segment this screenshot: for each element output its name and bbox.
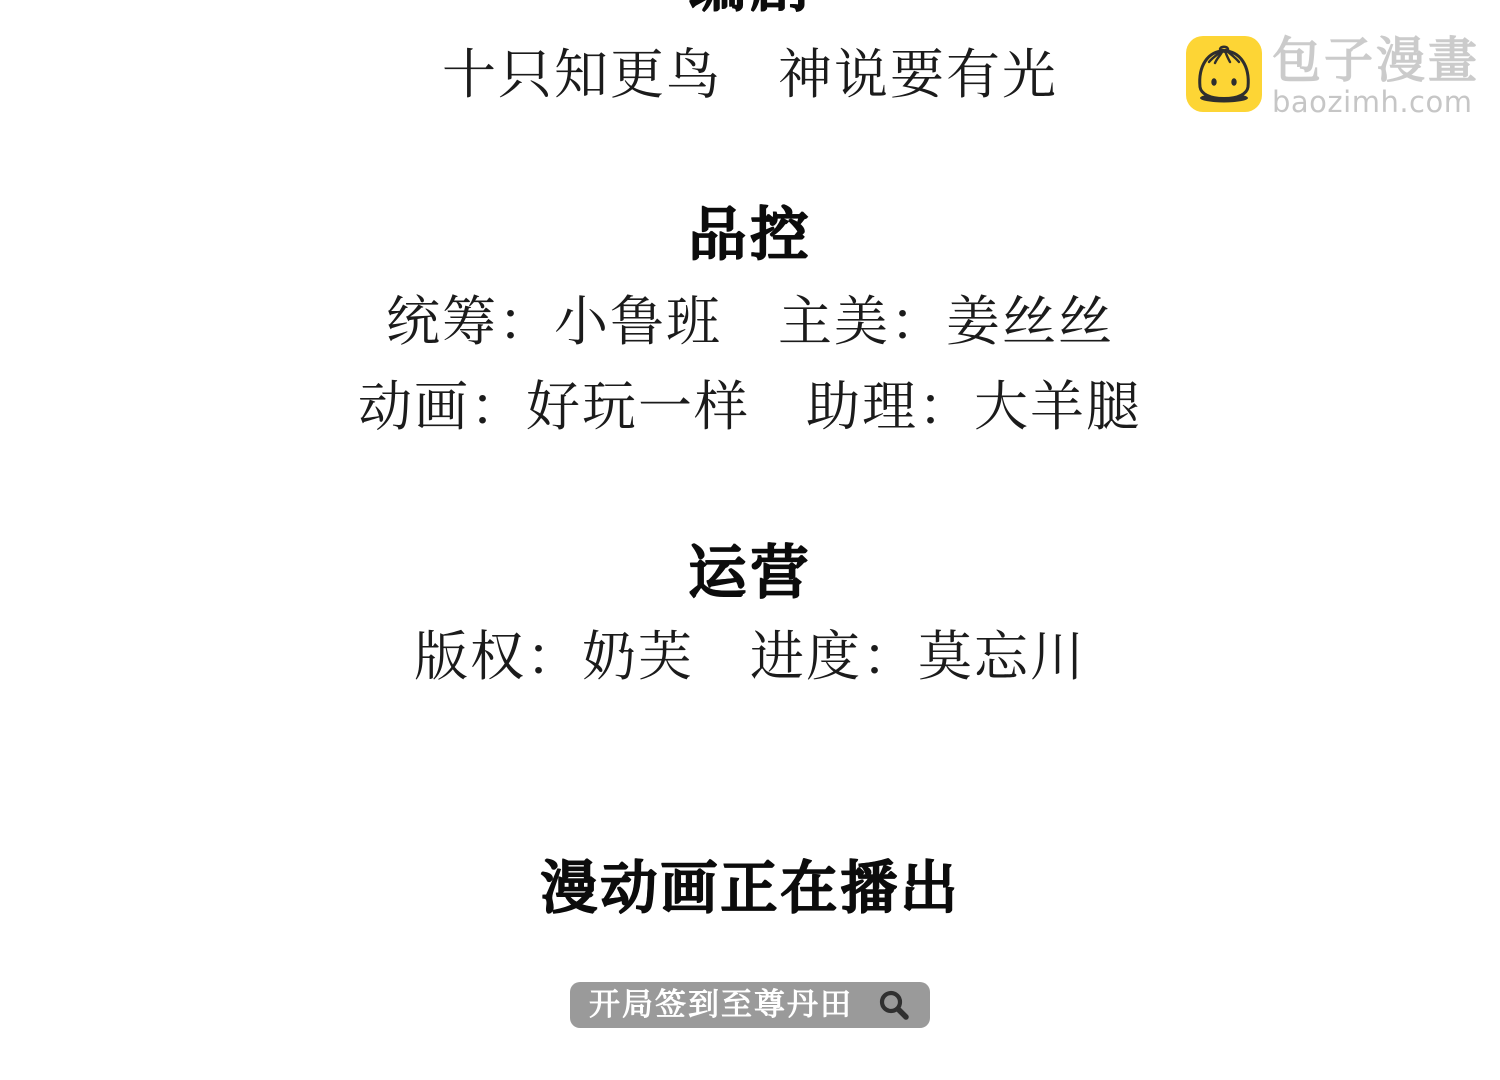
section-heading-screenwriter: 编剧 <box>0 0 1500 14</box>
now-playing-banner: 漫动画正在播出 <box>0 860 1500 917</box>
search-pill[interactable]: 开局签到至尊丹田 <box>570 982 930 1028</box>
credit-line-copyright-progress: 版权：奶芙 进度：莫忘川 <box>0 630 1500 684</box>
credit-line-coordinator-artdirector: 统筹：小鲁班 主美：姜丝丝 <box>0 295 1500 349</box>
credit-line-animation-assistant: 动画：好玩一样 助理：大羊腿 <box>0 380 1500 434</box>
credit-line-writers: 十只知更鸟 神说要有光 <box>0 48 1500 102</box>
search-query-text: 开局签到至尊丹田 <box>589 990 853 1021</box>
magnifier-icon[interactable] <box>877 988 911 1022</box>
section-heading-quality-control: 品控 <box>0 205 1500 263</box>
section-heading-operations: 运营 <box>0 543 1500 601</box>
